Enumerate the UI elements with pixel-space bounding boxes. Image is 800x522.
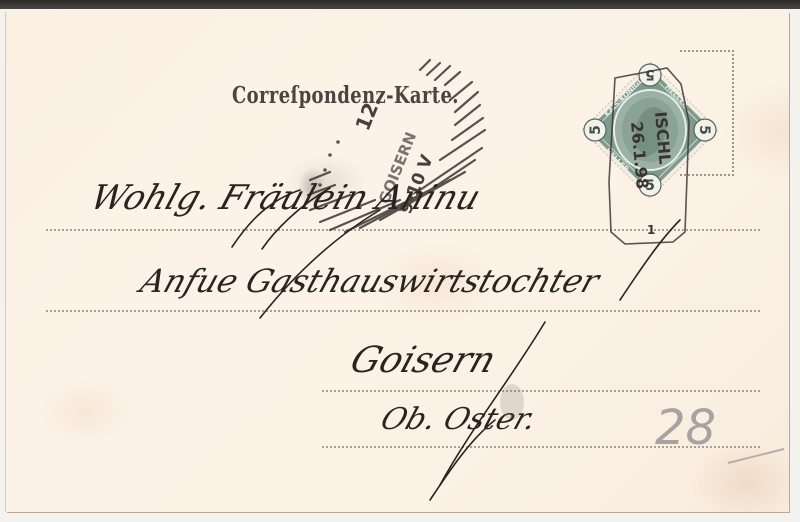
pencil-note: 28 [655,400,716,456]
